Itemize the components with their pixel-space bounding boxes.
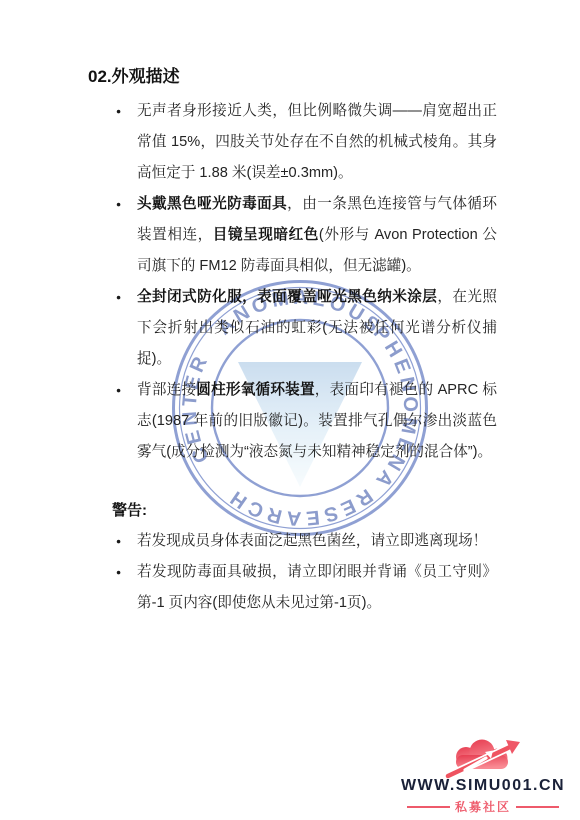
list-item-text: 目镜呈现暗红色 xyxy=(213,227,319,243)
list-item-text: 全封闭式防化服，表面覆盖哑光黑色纳米涂层 xyxy=(137,289,437,305)
list-item-text: 若发现防毒面具破损，请立即闭眼并背诵《员工守则》第-1 页内容(即使您从未见过第… xyxy=(137,564,497,611)
list-item-text: 背部连接 xyxy=(137,382,196,398)
warning-list: 若发现成员身体表面泛起黑色菌丝，请立即逃离现场！若发现防毒面具破损，请立即闭眼并… xyxy=(88,526,497,619)
site-watermark: WWW.SIMU001.CN 私募社区 xyxy=(389,739,577,815)
list-item: 背部连接圆柱形氧循环装置，表面印有褪色的 APRC 标志(1987 年前的旧版徽… xyxy=(88,375,497,468)
warning-heading: 警告: xyxy=(112,495,497,526)
list-item: 若发现防毒面具破损，请立即闭眼并背诵《员工守则》第-1 页内容(即使您从未见过第… xyxy=(88,557,497,619)
document-content: 02.外观描述 无声者身形接近人类，但比例略微失调——肩宽超出正常值 15%，四… xyxy=(88,64,497,619)
section-title: 02.外观描述 xyxy=(88,64,497,90)
list-item: 全封闭式防化服，表面覆盖哑光黑色纳米涂层，在光照下会折射出类似石油的虹彩(无法被… xyxy=(88,282,497,375)
description-list: 无声者身形接近人类，但比例略微失调——肩宽超出正常值 15%，四肢关节处存在不自… xyxy=(88,96,497,468)
site-url: WWW.SIMU001.CN xyxy=(389,777,577,795)
document-page: CENTER ANOMALOUS PHENOMENA RESEARCH 02.外… xyxy=(0,0,580,820)
tagline-right-line xyxy=(516,806,559,808)
list-item: 若发现成员身体表面泛起黑色菌丝，请立即逃离现场！ xyxy=(88,526,497,557)
site-tagline: 私募社区 xyxy=(455,798,511,815)
list-item-text: 头戴黑色哑光防毒面具 xyxy=(137,196,287,212)
simu-cloud-arrow-logo-icon xyxy=(441,739,525,779)
list-item-text: 圆柱形氧循环装置 xyxy=(196,382,315,398)
list-item: 头戴黑色哑光防毒面具，由一条黑色连接管与气体循环装置相连，目镜呈现暗红色(外形与… xyxy=(88,189,497,282)
list-item: 无声者身形接近人类，但比例略微失调——肩宽超出正常值 15%，四肢关节处存在不自… xyxy=(88,96,497,189)
list-item-text: 若发现成员身体表面泛起黑色菌丝，请立即逃离现场！ xyxy=(137,533,487,549)
site-tagline-row: 私募社区 xyxy=(389,798,577,815)
list-item-text: 无声者身形接近人类，但比例略微失调——肩宽超出正常值 15%，四肢关节处存在不自… xyxy=(137,103,497,181)
tagline-left-line xyxy=(407,806,450,808)
